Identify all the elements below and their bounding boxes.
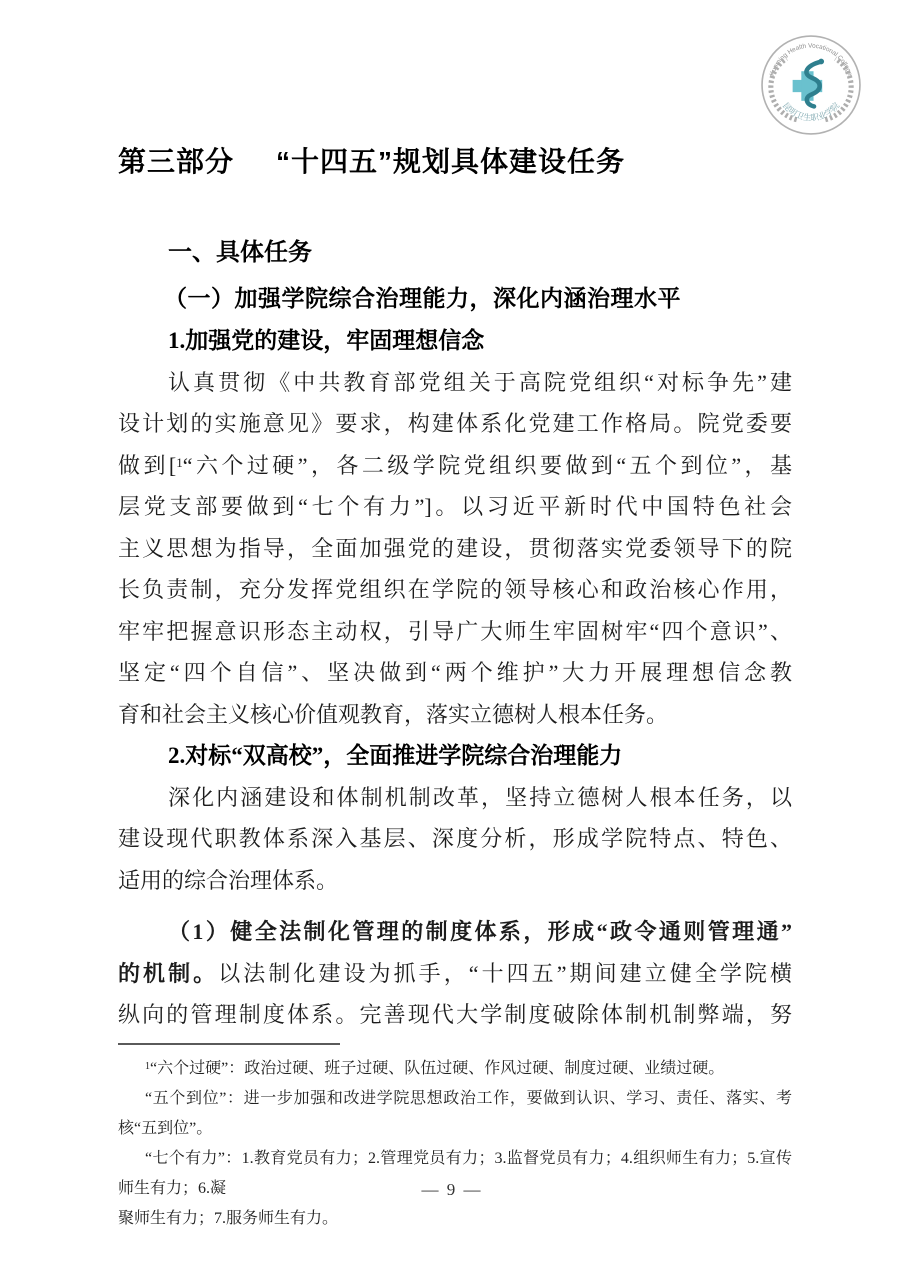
footnote-2: “五个到位”：进一步加强和改进学院思想政治工作，要做到认识、学习、责任、落实、考…	[118, 1084, 792, 1144]
footnote-separator	[118, 1043, 340, 1045]
text-segment: “六个过硬”，各二级学院党组织要做到“五个到位”，基	[183, 453, 792, 478]
text-line: 深化内涵建设和体制机制改革，坚持立德树人根本任务，以	[118, 777, 792, 819]
paragraph-3: （1）健全法制化管理的制度体系，形成“政令通则管理通” 的机制。以法制化建设为抓…	[118, 911, 792, 1036]
text-line: 坚定“四个自信”、坚决做到“两个维护”大力开展理想信念教	[118, 652, 792, 694]
document-content: 第三部分“十四五”规划具体建设任务 一、具体任务 （一）加强学院综合治理能力，深…	[118, 140, 792, 1234]
title-part-text: “十四五”规划具体建设任务	[276, 146, 625, 177]
footnote-1: 1“六个过硬”：政治过硬、班子过硬、队伍过硬、作风过硬、制度过硬、业绩过硬。	[118, 1054, 792, 1084]
text-line: 主义思想为指导，全面加强党的建设，贯彻落实党委领导下的院	[118, 528, 792, 570]
text-line: 建设现代职教体系深入基层、深度分析，形成学院特点、特色、	[118, 818, 792, 860]
text-line: （1）健全法制化管理的制度体系，形成“政令通则管理通”	[118, 911, 792, 953]
text-line: 适用的综合治理体系。	[118, 860, 792, 902]
snake-head-icon	[818, 59, 824, 65]
text-line: 纵向的管理制度体系。完善现代大学制度破除体制机制弊端，努	[118, 994, 792, 1036]
document-page: Kunming Health Vocational College 昆明卫生职业…	[0, 0, 904, 1280]
page-number: — 9 —	[0, 1180, 904, 1200]
seal-svg: Kunming Health Vocational College 昆明卫生职业…	[760, 34, 862, 136]
text-segment: 以法制化建设为抓手，“十四五”期间建立健全学院横	[218, 961, 792, 986]
text-line: 设计划的实施意见》要求，构建体系化党建工作格局。院党委要	[118, 403, 792, 445]
title-part-number: 第三部分	[118, 146, 234, 177]
footnote-3-line-2: 聚师生有力；7.服务师生有力。	[118, 1204, 792, 1234]
numbered-heading-2: 2.对标“双高校”，全面推进学院综合治理能力	[168, 735, 792, 777]
subsection-heading: （一）加强学院综合治理能力，深化内涵治理水平	[164, 278, 792, 320]
text-line: 育和社会主义核心价值观教育，落实立德树人根本任务。	[118, 694, 792, 736]
college-seal-logo: Kunming Health Vocational College 昆明卫生职业…	[760, 34, 862, 136]
footnotes: 1“六个过硬”：政治过硬、班子过硬、队伍过硬、作风过硬、制度过硬、业绩过硬。 “…	[118, 1054, 792, 1234]
section-heading: 一、具体任务	[168, 232, 792, 274]
text-segment: 做到[	[118, 453, 176, 478]
paragraph-2: 深化内涵建设和体制机制改革，坚持立德树人根本任务，以 建设现代职教体系深入基层、…	[118, 777, 792, 902]
page-title: 第三部分“十四五”规划具体建设任务	[118, 140, 792, 184]
text-line: 长负责制，充分发挥党组织在学院的领导核心和政治核心作用，	[118, 569, 792, 611]
numbered-heading-1: 1.加强党的建设，牢固理想信念	[168, 320, 792, 362]
text-line: 牢牢把握意识形态主动权，引导广大师生牢固树牢“四个意识”、	[118, 611, 792, 653]
footnote-text: “六个过硬”：政治过硬、班子过硬、队伍过硬、作风过硬、制度过硬、业绩过硬。	[150, 1060, 724, 1077]
text-line: 层党支部要做到“七个有力”]。以习近平新时代中国特色社会	[118, 486, 792, 528]
text-line: 的机制。以法制化建设为抓手，“十四五”期间建立健全学院横	[118, 953, 792, 995]
text-line: 做到[1“六个过硬”，各二级学院党组织要做到“五个到位”，基	[118, 445, 792, 487]
paragraph-1: 认真贯彻《中共教育部党组关于高院党组织“对标争先”建 设计划的实施意见》要求，构…	[118, 362, 792, 736]
text-segment-bold: 的机制。	[118, 961, 218, 986]
text-line: 认真贯彻《中共教育部党组关于高院党组织“对标争先”建	[118, 362, 792, 404]
